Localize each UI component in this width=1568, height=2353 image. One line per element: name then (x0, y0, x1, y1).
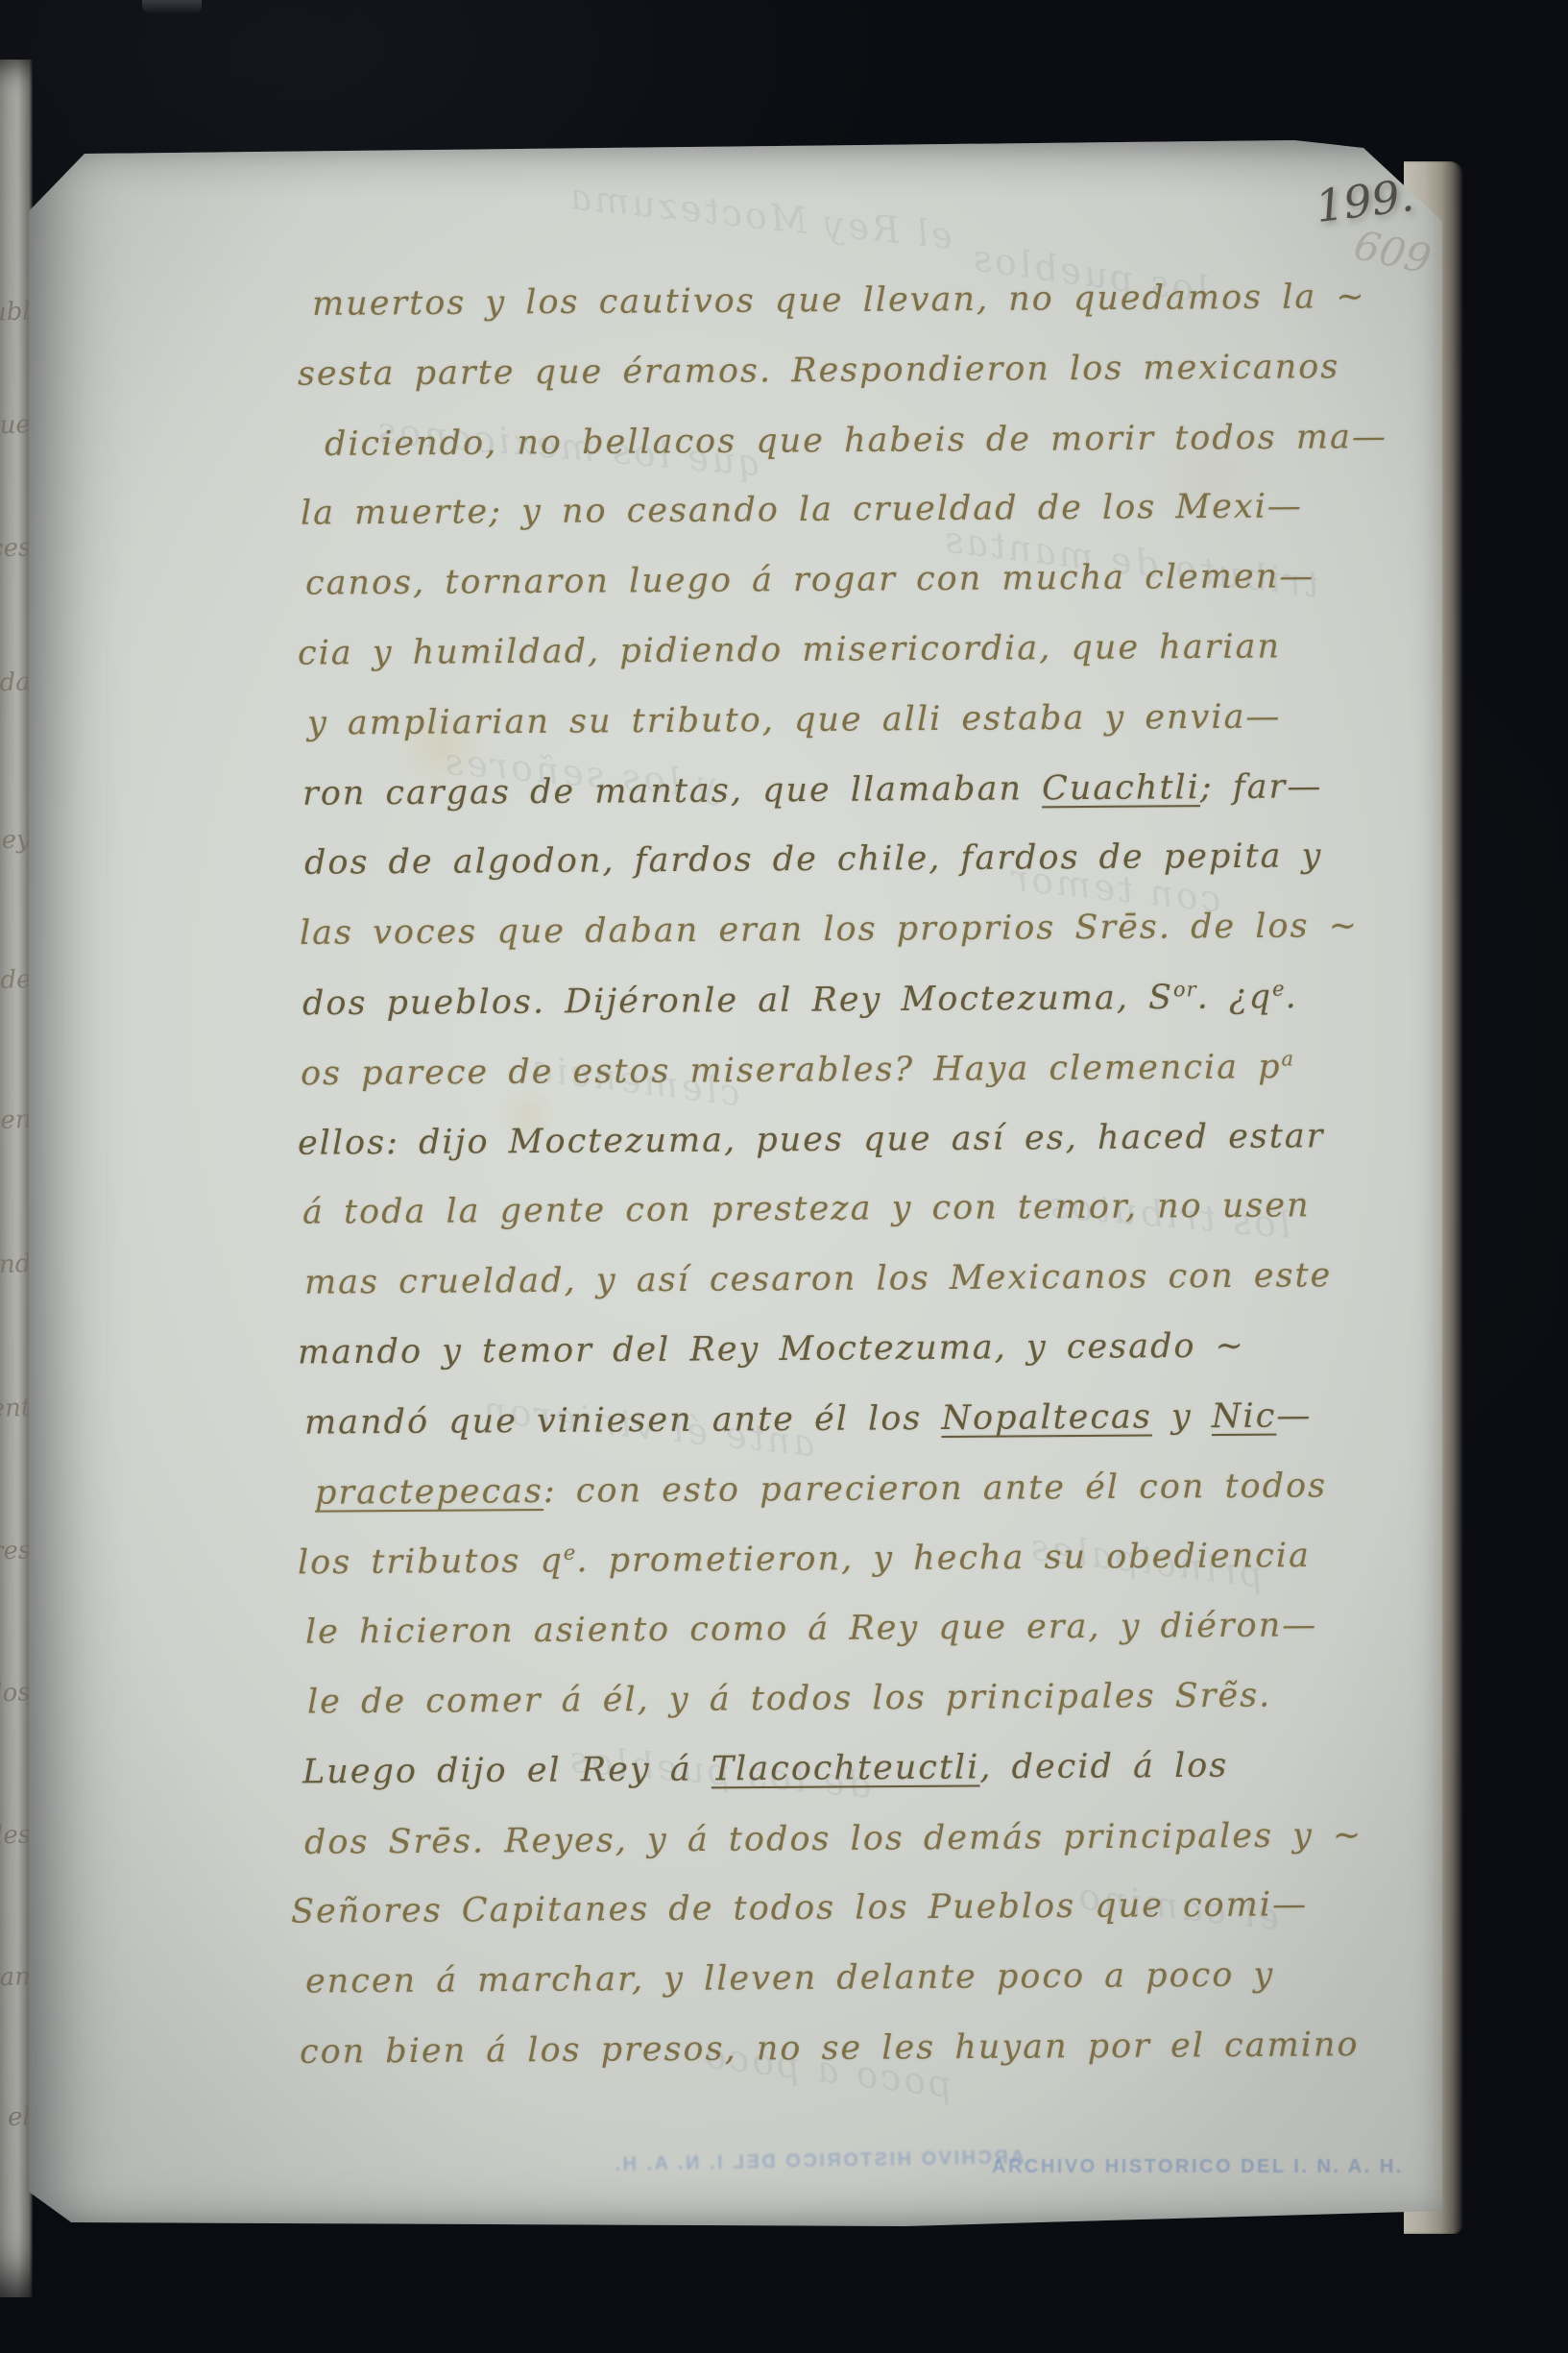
manuscript-line: ellos: dijo Moctezuma, pues que así es, … (298, 1118, 1325, 1162)
manuscript-line: le de comer á él, y á todos los principa… (307, 1677, 1271, 1721)
facing-page-text-fragment: ada (0, 669, 31, 696)
facing-page-text-fragment: rand (0, 1251, 31, 1278)
facing-page-text-fragment: ces (0, 535, 31, 561)
manuscript-line: la muerte; y no cesando la crueldad de l… (301, 489, 1303, 533)
manuscript-line: canos, tornaron luego á rogar con mucha … (305, 559, 1315, 603)
facing-page-text-fragment: que (0, 412, 31, 439)
manuscript-line: le hicieron asiento como á Rey que era, … (305, 1608, 1317, 1652)
manuscript-line: ron cargas de mantas, que llamaban Cuach… (302, 768, 1323, 813)
manuscript-page: 199. 609 el Rey Moctezumalos pueblosque … (29, 140, 1442, 2226)
facing-page-text-fragment: Rey (0, 827, 31, 854)
manuscript-line: con bien á los presos, no se les huyan p… (300, 2026, 1360, 2071)
facing-page-text-fragment: can (0, 1964, 31, 1991)
manuscript-line: á toda la gente con presteza y con temor… (302, 1188, 1311, 1232)
manuscript-line: diciendo, no bellacos que habeis de mori… (325, 419, 1387, 463)
manuscript-line: dos Srēs. Reyes, y á todos los demás pri… (304, 1817, 1363, 1861)
facing-page-text-fragment: dos (0, 1680, 31, 1707)
bleed-through-writing: el Rey Moctezuma (566, 178, 954, 255)
archive-stamp-bleed: ARCHIVO HISTORICO DEL I. N. A. H. (613, 2147, 1025, 2173)
manuscript-line: dos de algodon, fardos de chile, fardos … (304, 838, 1323, 883)
manuscript-line: Luego dijo el Rey á Tlacochteuctli, deci… (302, 1747, 1229, 1790)
manuscript-line: las voces que daban eran los proprios Sr… (300, 908, 1359, 952)
manuscript-line: mando y temor del Rey Moctezuma, y cesad… (298, 1328, 1245, 1371)
facing-page-edge: ublquecesadaReyondeomenrandmentresdosles… (0, 60, 33, 2297)
book-edge-notch (142, 0, 202, 13)
manuscript-line: encen á marchar, y lleven delante poco a… (305, 1957, 1275, 2001)
facing-page-text-fragment: ubl (0, 299, 31, 325)
facing-page-text-fragment: onde (0, 967, 31, 994)
manuscript-line: Señores Capitanes de todos los Pueblos q… (291, 1887, 1308, 1931)
book-scan: { "document": { "type": "handwritten man… (0, 0, 1568, 2353)
manuscript-line: cia y humildad, pidiendo misericordia, q… (298, 628, 1281, 672)
facing-page-text-fragment: ment (0, 1395, 31, 1422)
archive-stamp: ARCHIVO HISTORICO DEL I. N. A. H. (992, 2157, 1404, 2176)
manuscript-line: y ampliarian su tributo, que alli estaba… (307, 698, 1282, 742)
manuscript-line: practepecas: con esto parecieron ante él… (315, 1468, 1327, 1512)
facing-page-text-fragment: les (0, 1822, 31, 1848)
ghost-folio-number: 609 (1351, 225, 1435, 280)
facing-page-text-fragment: res (0, 1538, 31, 1564)
manuscript-line: los tributos qe. prometieron, y hecha su… (298, 1538, 1311, 1583)
manuscript-line: os parece de estos miserables? Haya clem… (301, 1048, 1294, 1092)
manuscript-line: mandó que viniesen ante él los Nopalteca… (304, 1397, 1313, 1442)
manuscript-line: mas crueldad, y así cesaron los Mexicano… (304, 1257, 1333, 1301)
manuscript-line: dos pueblos. Dijéronle al Rey Moctezuma,… (302, 978, 1298, 1022)
facing-page-text-fragment: omen (0, 1107, 31, 1135)
facing-page-text-fragment: y el (0, 2104, 31, 2131)
manuscript-line: muertos y los cautivos que llevan, no qu… (312, 279, 1366, 323)
manuscript-line: sesta parte que éramos. Respondieron los… (298, 349, 1339, 393)
